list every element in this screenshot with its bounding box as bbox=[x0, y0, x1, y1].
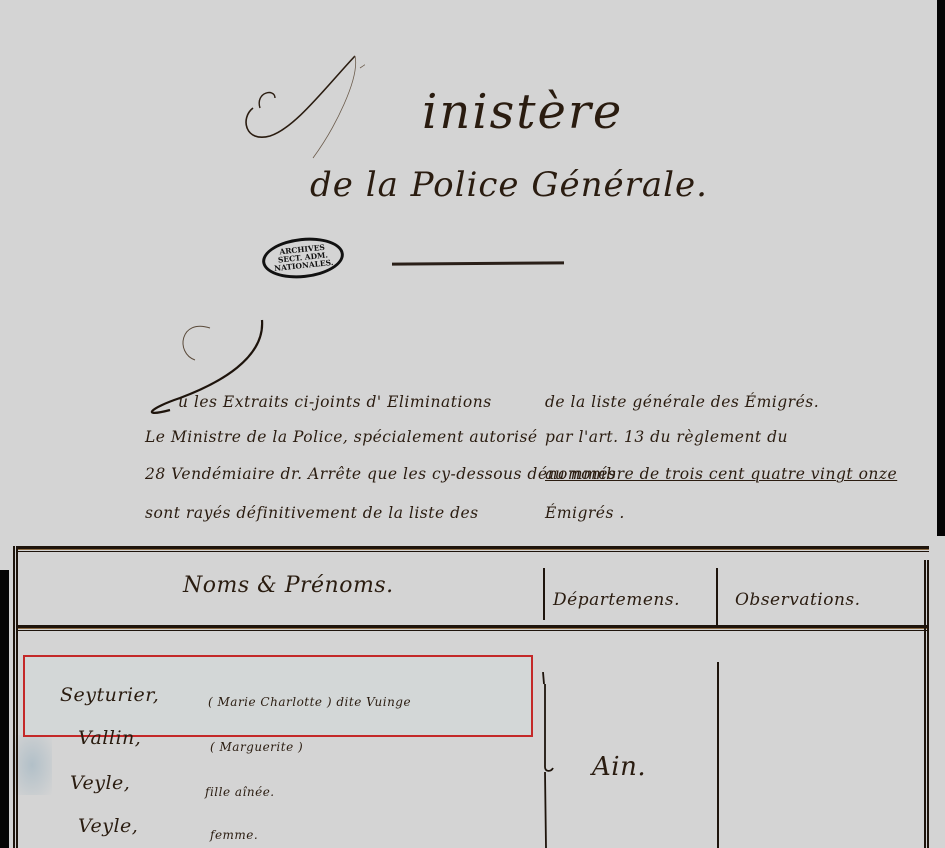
archives-stamp: ARCHIVES SECT. ADM. NATIONALES. bbox=[260, 234, 346, 282]
row-4-surname: Veyle, bbox=[78, 815, 138, 837]
table-top-border bbox=[16, 546, 929, 550]
header-departments: Départemens. bbox=[553, 590, 680, 610]
scan-edge-right bbox=[937, 0, 945, 536]
title-text: inistère bbox=[422, 84, 623, 140]
col-separator-2 bbox=[717, 662, 719, 848]
paper-stain bbox=[12, 735, 52, 795]
header-names: Noms & Prénoms. bbox=[183, 573, 394, 598]
scan-edge-left bbox=[0, 570, 9, 848]
table-header-border-inner bbox=[16, 630, 929, 631]
header-observations: Observations. bbox=[735, 590, 861, 610]
body-line-4-right: Émigrés . bbox=[545, 504, 625, 522]
table-left-border bbox=[13, 546, 18, 848]
subtitle-text: de la Police Générale. bbox=[310, 165, 708, 205]
title-divider bbox=[392, 261, 564, 265]
title-initial-flourish bbox=[235, 48, 365, 168]
table-header-border bbox=[16, 625, 929, 629]
row-1-surname: Seyturier, bbox=[60, 684, 159, 706]
table-right-border bbox=[924, 560, 929, 848]
row-2-given: ( Marguerite ) bbox=[210, 740, 303, 754]
body-line-2-left: Le Ministre de la Police, spécialement a… bbox=[145, 428, 538, 446]
row-1-given: ( Marie Charlotte ) dite Vuinge bbox=[208, 695, 411, 709]
row-3-given: fille aînée. bbox=[205, 785, 275, 799]
department-value: Ain. bbox=[592, 752, 646, 782]
body-line-1-right: de la liste générale des Émigrés. bbox=[545, 393, 819, 411]
body-line-3-right: au nombre de trois cent quatre vingt onz… bbox=[545, 465, 897, 483]
body-line-1-left: u les Extraits ci-joints d' Eliminations bbox=[178, 393, 492, 411]
table-top-border-inner bbox=[16, 551, 929, 552]
department-bracket-icon bbox=[541, 672, 555, 848]
body-line-4-left: sont rayés définitivement de la liste de… bbox=[145, 504, 479, 522]
col-separator-1-header bbox=[543, 568, 545, 620]
body-line-2-right: par l'art. 13 du règlement du bbox=[545, 428, 788, 446]
col-separator-2-header bbox=[716, 568, 718, 628]
row-4-given: femme. bbox=[210, 828, 258, 842]
document-page: inistère de la Police Générale. ARCHIVES… bbox=[0, 0, 945, 848]
row-2-surname: Vallin, bbox=[78, 727, 141, 749]
row-3-surname: Veyle, bbox=[70, 772, 130, 794]
